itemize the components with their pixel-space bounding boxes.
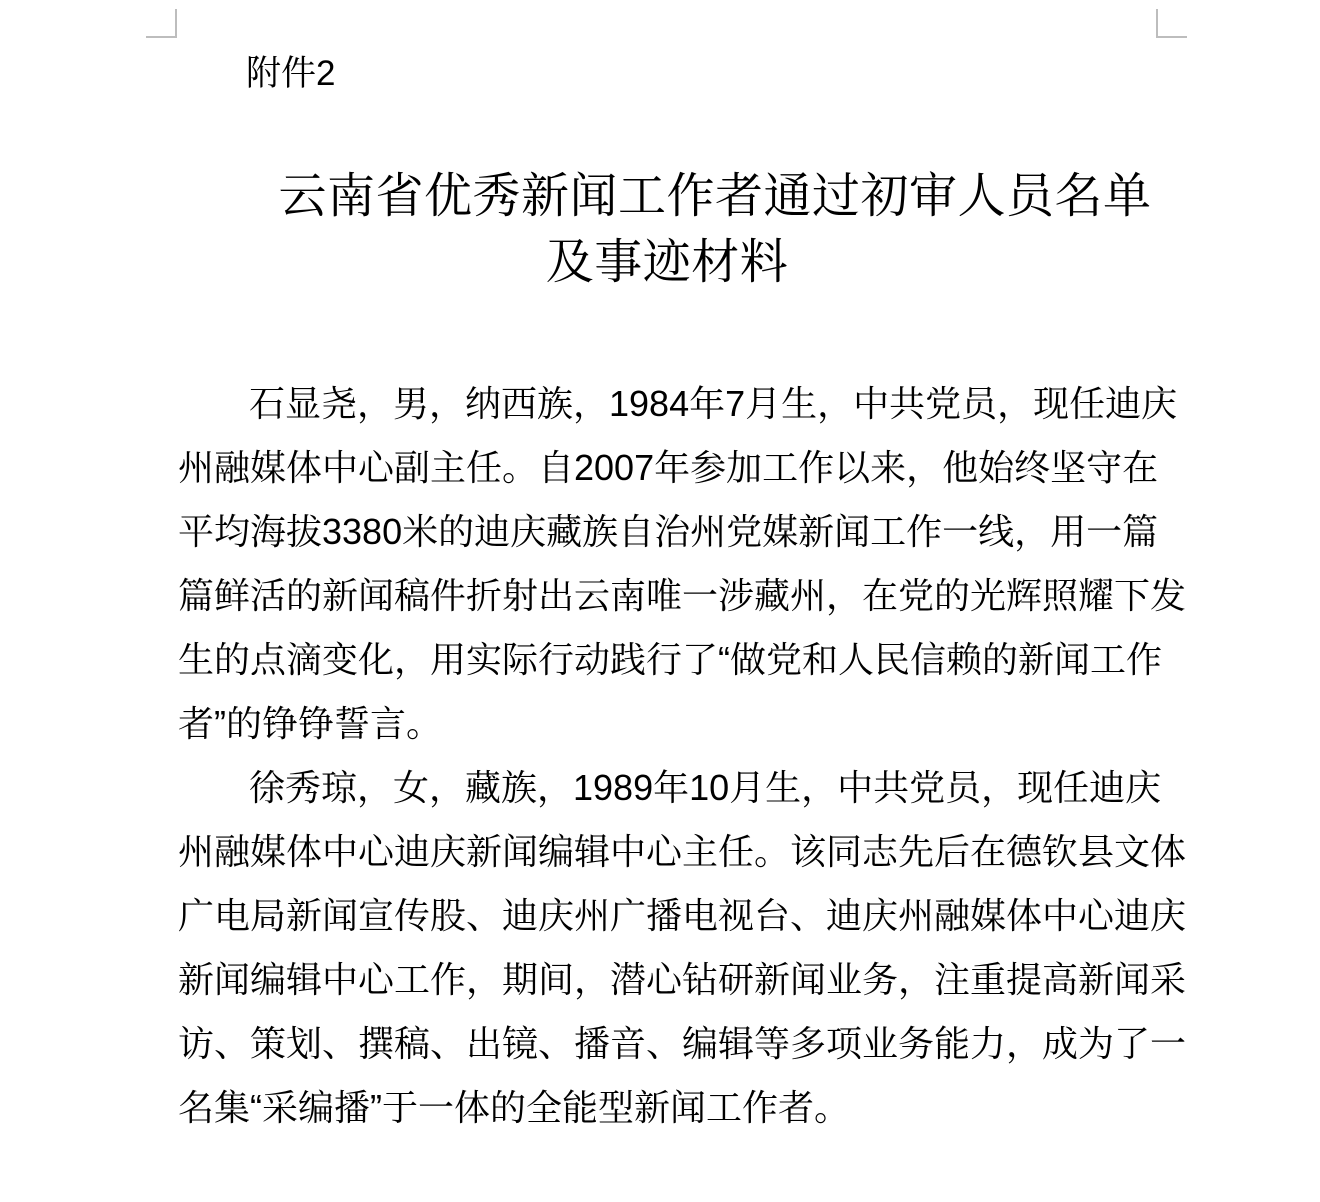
text-boundary-mark-top-left — [146, 9, 177, 38]
body-text-line: 平均海拔3380米的迪庆藏族自治州党媒新闻工作一线，用一篇 — [178, 500, 1156, 564]
title-line-2: 及事迹材料 — [178, 230, 1156, 296]
attachment-label: 附件2 — [178, 53, 1156, 95]
body-text-line: 者”的铮铮誓言。 — [178, 692, 1156, 756]
body-text-line: 州融媒体中心副主任。自2007年参加工作以来，他始终坚守在 — [178, 436, 1156, 500]
body-text-line: 访、策划、撰稿、出镜、播音、编辑等多项业务能力，成为了一 — [178, 1012, 1156, 1076]
body-text-line: 新闻编辑中心工作，期间，潜心钻研新闻业务，注重提高新闻采 — [178, 948, 1156, 1012]
body-text-line: 州融媒体中心迪庆新闻编辑中心主任。该同志先后在德钦县文体 — [178, 820, 1156, 884]
title-line-1: 云南省优秀新闻工作者通过初审人员名单 — [178, 164, 1156, 230]
body-text-line: 徐秀琼，女，藏族，1989年10月生，中共党员，现任迪庆 — [178, 756, 1156, 820]
document-page: 附件2 云南省优秀新闻工作者通过初审人员名单 及事迹材料 石显尧，男，纳西族，1… — [0, 0, 1320, 1202]
body-text-line: 名集“采编播”于一体的全能型新闻工作者。 — [178, 1076, 1156, 1140]
body-text-line: 广电局新闻宣传股、迪庆州广播电视台、迪庆州融媒体中心迪庆 — [178, 884, 1156, 948]
body-text-line: 石显尧，男，纳西族，1984年7月生，中共党员，现任迪庆 — [178, 372, 1156, 436]
body-text-line: 篇鲜活的新闻稿件折射出云南唯一涉藏州，在党的光辉照耀下发 — [178, 564, 1156, 628]
body-text-line: 生的点滴变化，用实际行动践行了“做党和人民信赖的新闻工作 — [178, 628, 1156, 692]
document-body: 石显尧，男，纳西族，1984年7月生，中共党员，现任迪庆州融媒体中心副主任。自2… — [178, 372, 1156, 1140]
document-title: 云南省优秀新闻工作者通过初审人员名单 及事迹材料 — [178, 164, 1156, 296]
text-boundary-mark-top-right — [1156, 9, 1187, 38]
